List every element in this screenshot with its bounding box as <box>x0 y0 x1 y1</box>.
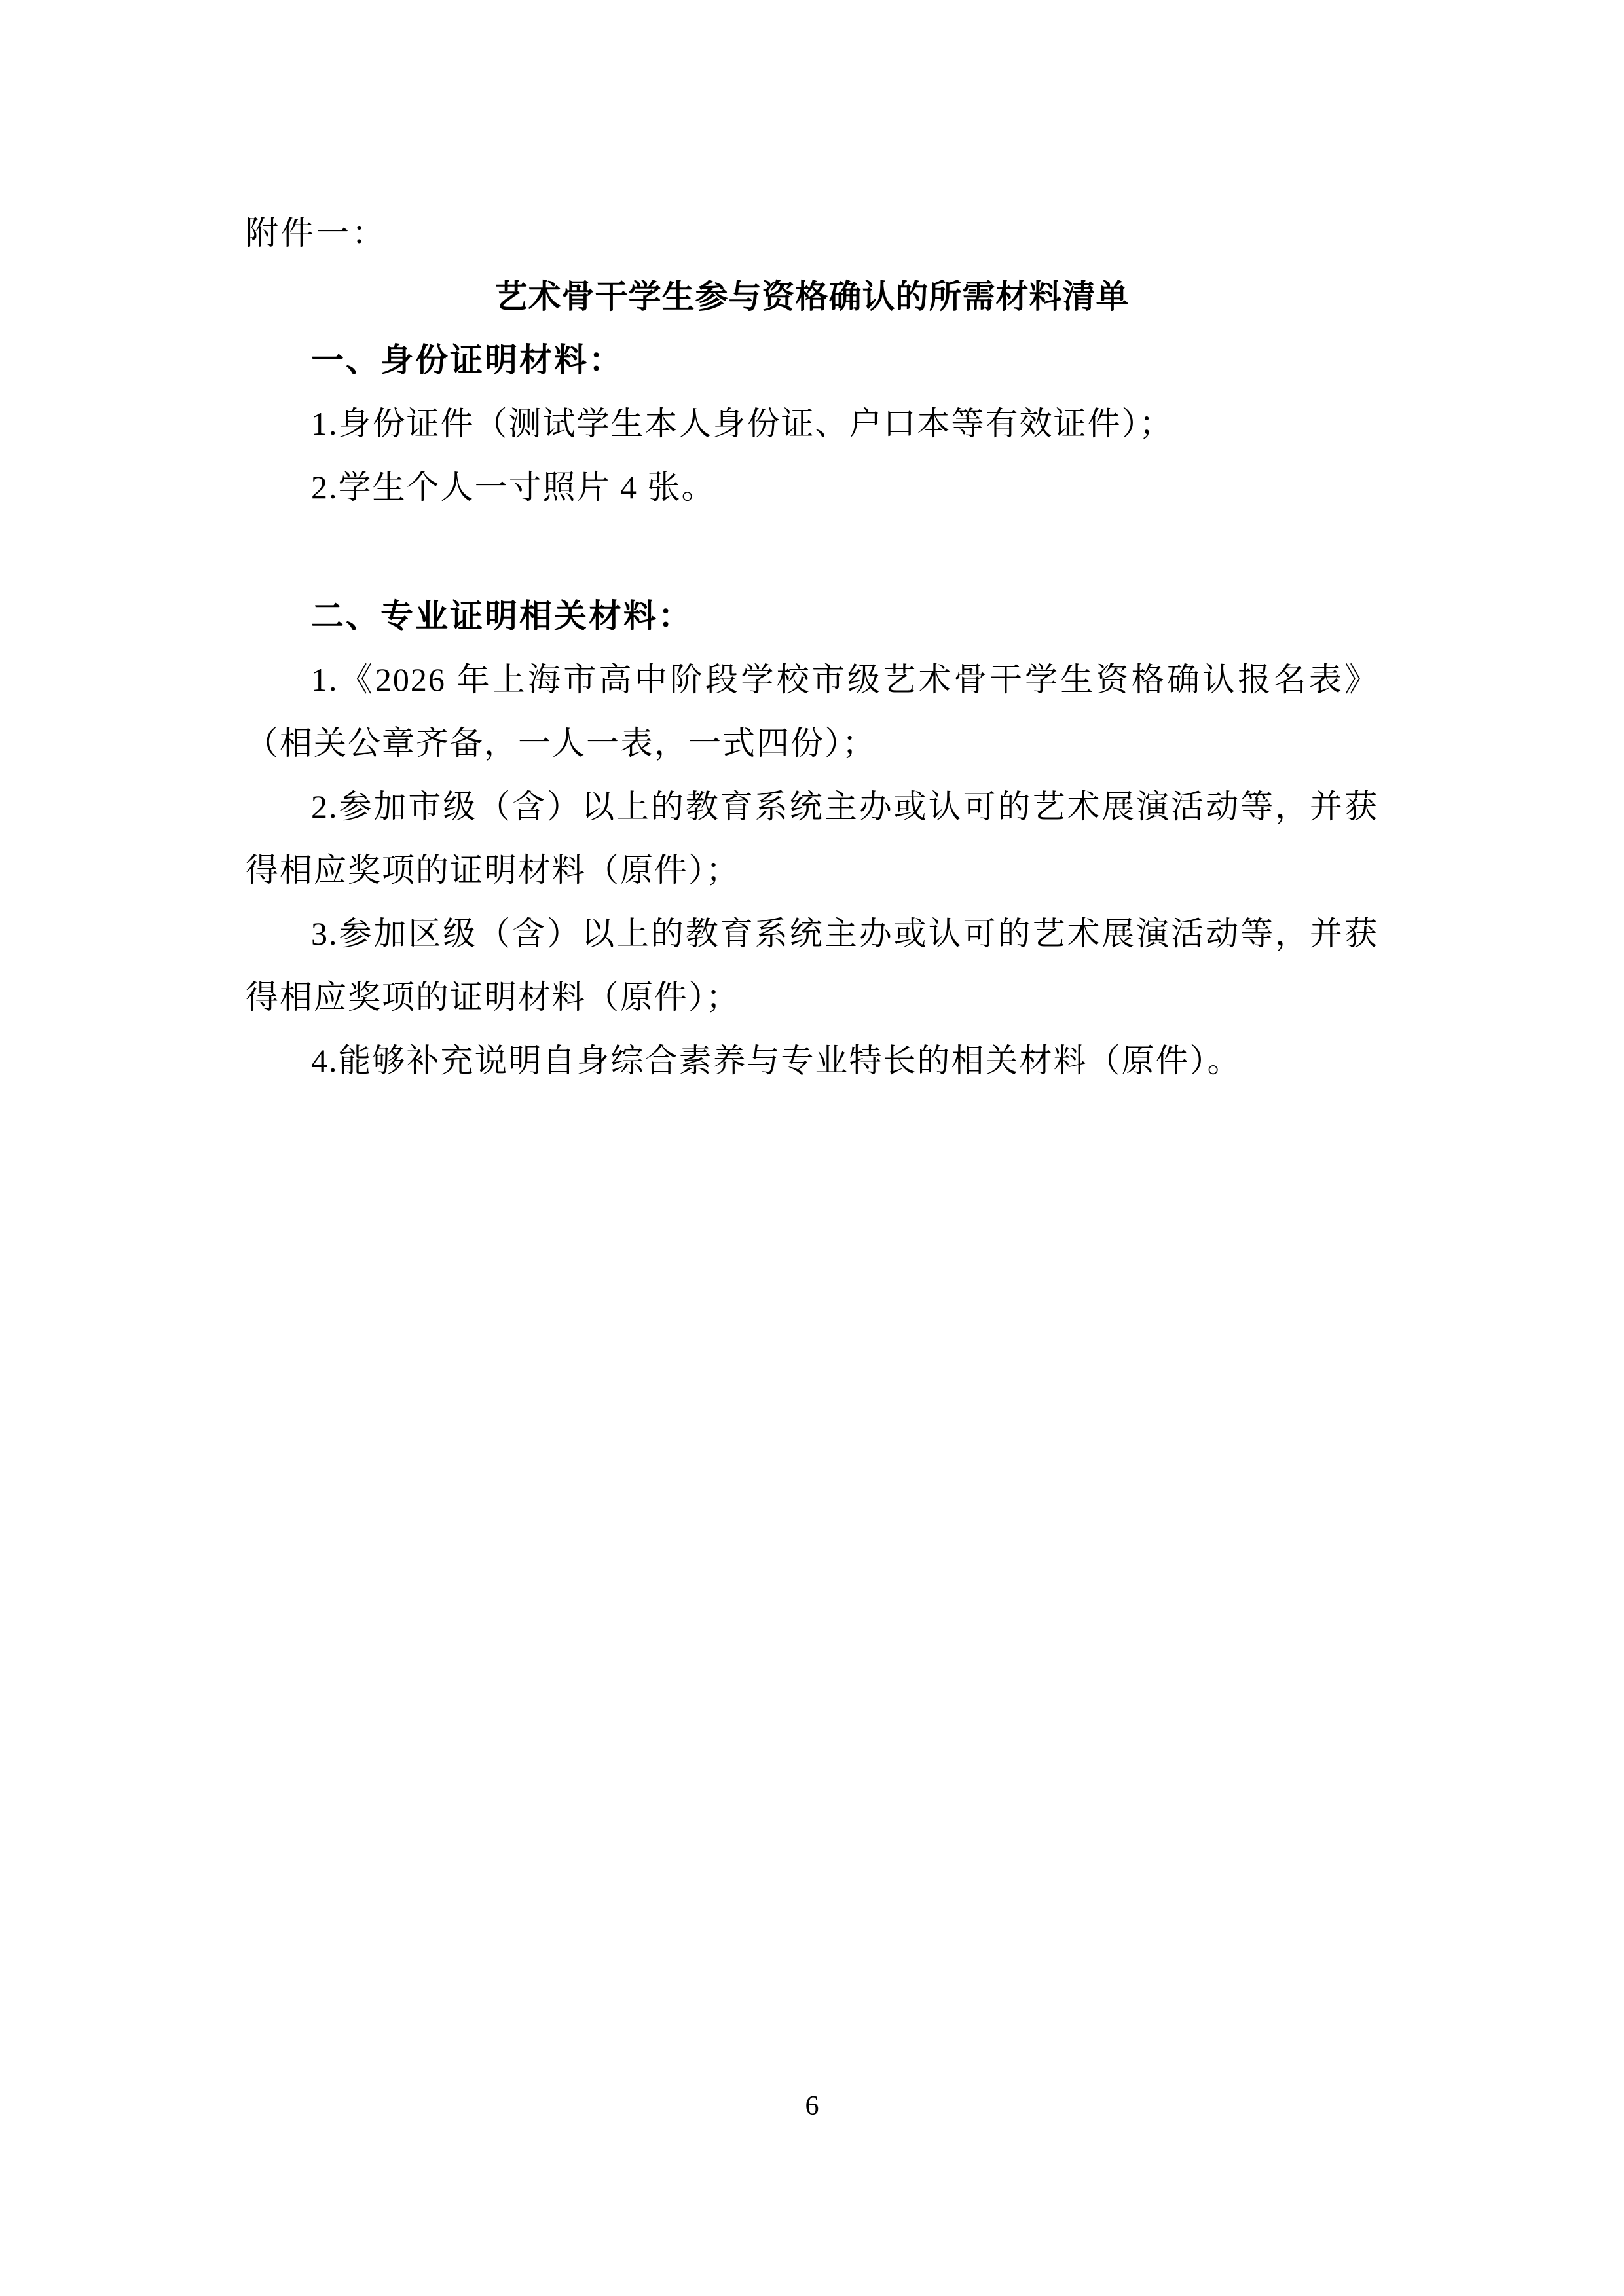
section-professional-materials: 二、专业证明相关材料： 1.《2026 年上海市高中阶段学校市级艺术骨干学生资格… <box>246 585 1378 1093</box>
page-number: 6 <box>0 2090 1624 2123</box>
identity-item-2: 2.学生个人一寸照片 4 张。 <box>246 456 1378 519</box>
section-heading-identity: 一、身份证明材料： <box>246 329 1378 392</box>
professional-item-1: 1.《2026 年上海市高中阶段学校市级艺术骨干学生资格确认报名表》（相关公章齐… <box>246 648 1378 775</box>
document-content: 附件一： 艺术骨干学生参与资格确认的所需材料清单 一、身份证明材料： 1.身份证… <box>246 202 1378 1093</box>
professional-item-2: 2.参加市级（含）以上的教育系统主办或认可的艺术展演活动等，并获得相应奖项的证明… <box>246 775 1378 902</box>
section-identity-materials: 一、身份证明材料： 1.身份证件（测试学生本人身份证、户口本等有效证件）； 2.… <box>246 329 1378 519</box>
professional-item-4: 4.能够补充说明自身综合素养与专业特长的相关材料（原件）。 <box>246 1029 1378 1093</box>
attachment-label: 附件一： <box>246 202 1378 265</box>
document-title: 艺术骨干学生参与资格确认的所需材料清单 <box>246 265 1378 329</box>
section-heading-professional: 二、专业证明相关材料： <box>246 585 1378 648</box>
identity-item-1: 1.身份证件（测试学生本人身份证、户口本等有效证件）； <box>246 392 1378 456</box>
document-page: 附件一： 艺术骨干学生参与资格确认的所需材料清单 一、身份证明材料： 1.身份证… <box>0 0 1624 2296</box>
professional-item-3: 3.参加区级（含）以上的教育系统主办或认可的艺术展演活动等，并获得相应奖项的证明… <box>246 902 1378 1029</box>
